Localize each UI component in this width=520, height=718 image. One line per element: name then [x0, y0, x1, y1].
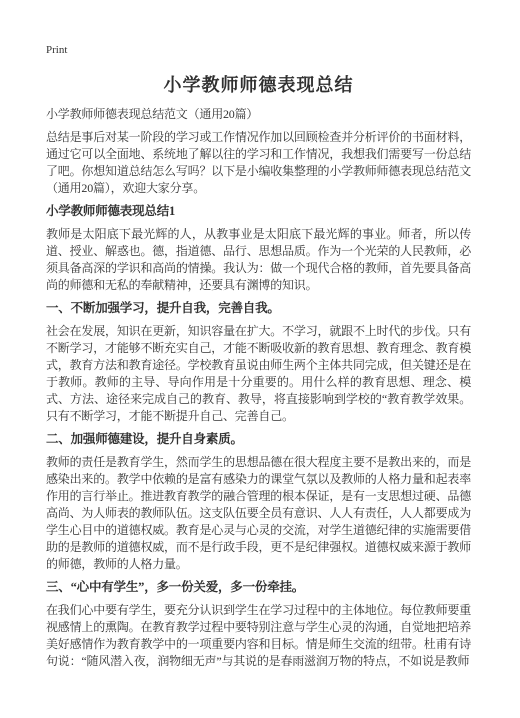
print-link[interactable]: Print	[46, 44, 67, 57]
article-paragraph: 社会在发展，知识在更新，知识容量在扩大。不学习，就跟不上时代的步伐。只有不断学习…	[46, 323, 471, 425]
article-title: 小学教师师德表现总结	[46, 74, 471, 97]
article-paragraph: 在我们心中要有学生，要充分认识到学生在学习过程中的主体地位。每位教师要重视感情上…	[46, 602, 471, 670]
section-heading-3: 三、“心中有学生”，多一份关爱，多一份牵挂。	[46, 579, 471, 596]
section-heading-1: 一、不断加强学习，提升自我，完善自我。	[46, 300, 471, 317]
article-paragraph: 教师是太阳底下最光辉的人，从教事业是太阳底下最光辉的事业。师者，所以传道、授业、…	[46, 226, 471, 294]
section-heading-2: 二、加强师德建设，提升自身素质。	[46, 431, 471, 448]
article-paragraph-intro: 总结是事后对某一阶段的学习或工作情况作加以回顾检查并分析评价的书面材料，通过它可…	[46, 129, 471, 197]
article-paragraph: 教师的责任是教育学生，然而学生的思想品德在很大程度主要不是教出来的，而是感染出来…	[46, 454, 471, 573]
section-heading-summary-1: 小学教师师德表现总结1	[46, 203, 471, 220]
print-preview-page: Print 小学教师师德表现总结 小学教师师德表现总结范文（通用20篇） 总结是…	[0, 0, 520, 718]
article-subtitle: 小学教师师德表现总结范文（通用20篇）	[46, 106, 471, 123]
